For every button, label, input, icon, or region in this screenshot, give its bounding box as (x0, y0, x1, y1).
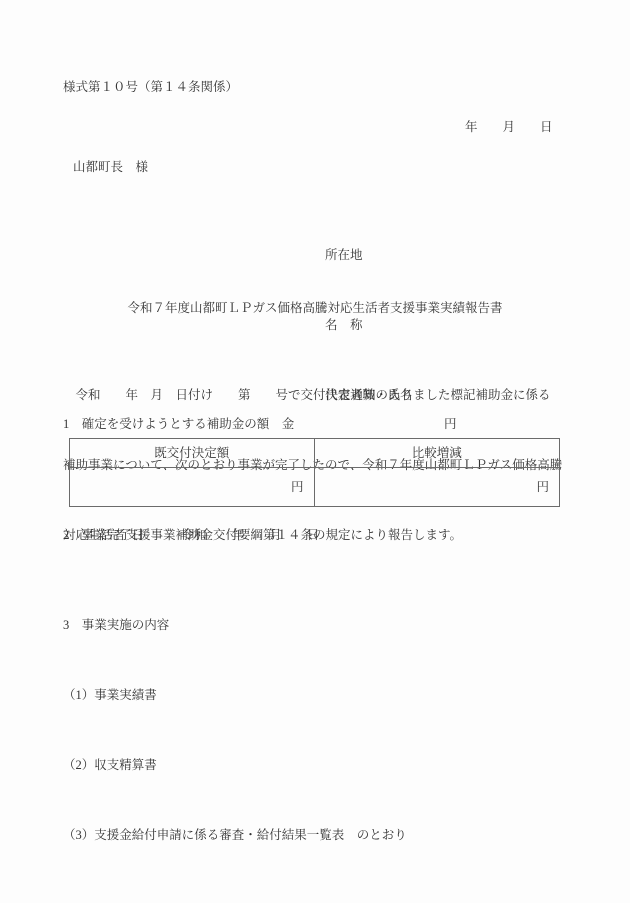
sender-address-label: 所在地 (325, 244, 413, 267)
date-line: 年 月 日 (465, 120, 553, 135)
item1-yen-unit: 円 (444, 417, 457, 432)
report-form-page: 様式第１０号（第１４条関係） 年 月 日 山都町長 様 所在地 名 称 代表者職… (0, 0, 630, 903)
table-header-comparison: 比較増減 (315, 439, 560, 467)
item3-sub-item-1: （1）事業実績書 (63, 684, 407, 707)
sender-name-label: 名 称 (325, 314, 413, 337)
item2-completion-date: 2 事業完了日 令和 年 月 日 (63, 528, 319, 543)
item3-sub-item-2: （2）収支精算書 (63, 754, 407, 777)
document-title: 令和７年度山都町ＬＰガス価格高騰対応生活者支援事業実績報告書 (0, 301, 630, 316)
addressee: 山都町長 様 (73, 160, 148, 175)
item3-heading: 3 事業実施の内容 (63, 614, 407, 637)
amount-comparison-table: 既交付決定額 比較増減 円 円 (69, 438, 560, 507)
table-data-row: 円 円 (70, 468, 559, 506)
table-cell-comparison-yen: 円 (315, 468, 560, 506)
table-header-row: 既交付決定額 比較増減 (70, 439, 559, 468)
table-header-granted-amount: 既交付決定額 (70, 439, 315, 467)
item3-block: 3 事業実施の内容 （1）事業実績書 （2）収支精算書 （3）支援金給付申請に係… (63, 567, 407, 895)
body-paragraph-line-1: 令和 年 月 日付け 第 号で交付決定通知のありました標記補助金に係る (63, 384, 575, 407)
table-cell-granted-amount-yen: 円 (70, 468, 315, 506)
form-number: 様式第１０号（第１４条関係） (63, 80, 238, 95)
item3-sub-item-3: （3）支援金給付申請に係る審査・給付結果一覧表 のとおり (63, 824, 407, 847)
item1-subsidy-amount-label: 1 確定を受けようとする補助金の額 金 (63, 417, 294, 432)
